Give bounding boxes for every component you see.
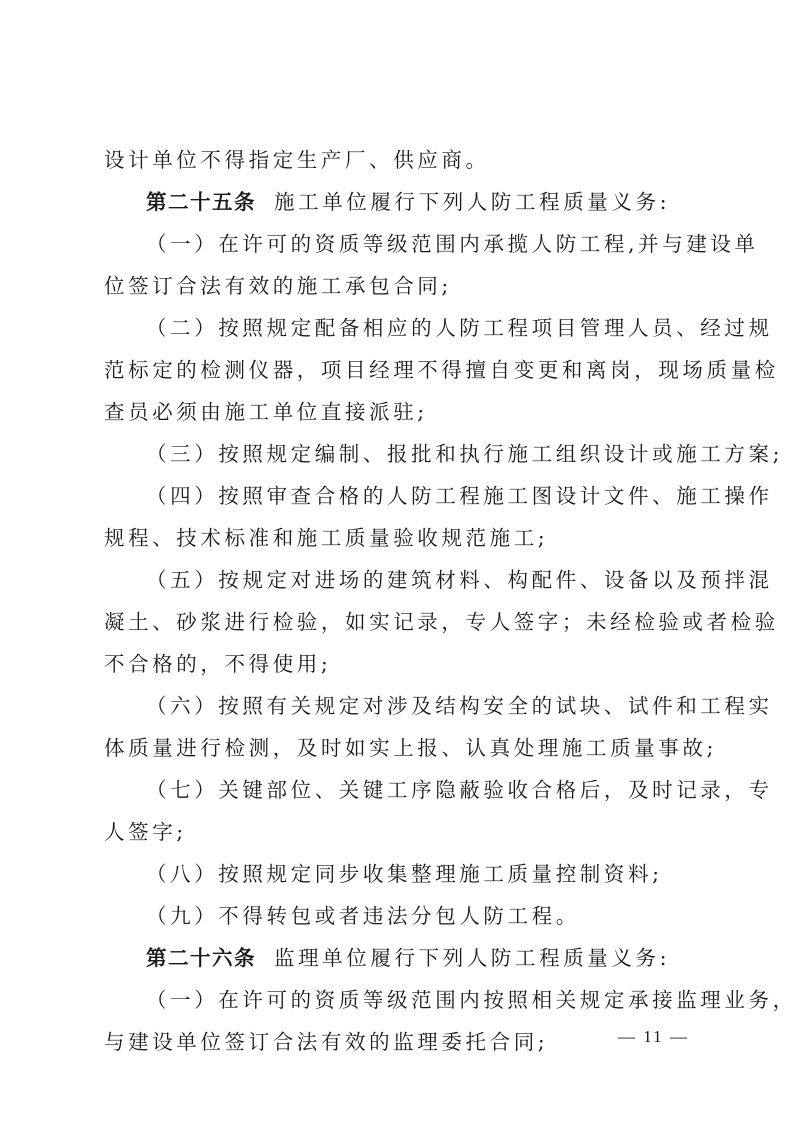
text-line: （七）关键部位、关键工序隐蔽验收合格后，及时记录，专 xyxy=(146,780,736,801)
text-line: （六）按照有关规定对涉及结构安全的试块、试件和工程实 xyxy=(146,696,736,717)
text-line: 体质量进行检测，及时如实上报、认真处理施工质量事故; xyxy=(104,738,694,759)
text-line: 设计单位不得指定生产厂、供应商。 xyxy=(104,150,694,171)
text-line: 规程、技术标准和施工质量验收规范施工; xyxy=(104,528,694,549)
text-line: （八）按照规定同步收集整理施工质量控制资料; xyxy=(146,864,736,885)
text-line: 范标定的检测仪器，项目经理不得擅自变更和离岗，现场质量检 xyxy=(104,360,694,381)
text-line: 位签订合法有效的施工承包合同; xyxy=(104,276,694,297)
article-number: 第二十六条 xyxy=(146,946,256,970)
document-page: 设计单位不得指定生产厂、供应商。 第二十五条施工单位履行下列人防工程质量义务: … xyxy=(0,0,793,1122)
text-line: 查员必须由施工单位直接派驻; xyxy=(104,402,694,423)
text-line: （三）按照规定编制、报批和执行施工组织设计或施工方案; xyxy=(146,444,736,465)
text-line: 凝土、砂浆进行检验，如实记录，专人签字；未经检验或者检验 xyxy=(104,612,694,633)
article-25-heading: 第二十五条施工单位履行下列人防工程质量义务: xyxy=(146,192,736,213)
page-number: — 11 — xyxy=(618,1027,689,1047)
text-line: 与建设单位签订合法有效的监理委托合同; xyxy=(104,1032,694,1053)
text-line: 人签字; xyxy=(104,822,694,843)
text-line: （四）按照审查合格的人防工程施工图设计文件、施工操作 xyxy=(146,486,736,507)
text-line: （一）在许可的资质等级范围内按照相关规定承接监理业务， xyxy=(146,990,736,1011)
article-text: 施工单位履行下列人防工程质量义务: xyxy=(274,190,670,214)
text-line: （九）不得转包或者违法分包人防工程。 xyxy=(146,906,736,927)
article-text: 监理单位履行下列人防工程质量义务: xyxy=(274,946,670,970)
text-line: 不合格的，不得使用; xyxy=(104,654,694,675)
article-number: 第二十五条 xyxy=(146,190,256,214)
text-line: （一）在许可的资质等级范围内承揽人防工程,并与建设单 xyxy=(146,234,736,255)
article-26-heading: 第二十六条监理单位履行下列人防工程质量义务: xyxy=(146,948,736,969)
text-line: （五）按规定对进场的建筑材料、构配件、设备以及预拌混 xyxy=(146,570,736,591)
text-line: （二）按照规定配备相应的人防工程项目管理人员、经过规 xyxy=(146,318,736,339)
